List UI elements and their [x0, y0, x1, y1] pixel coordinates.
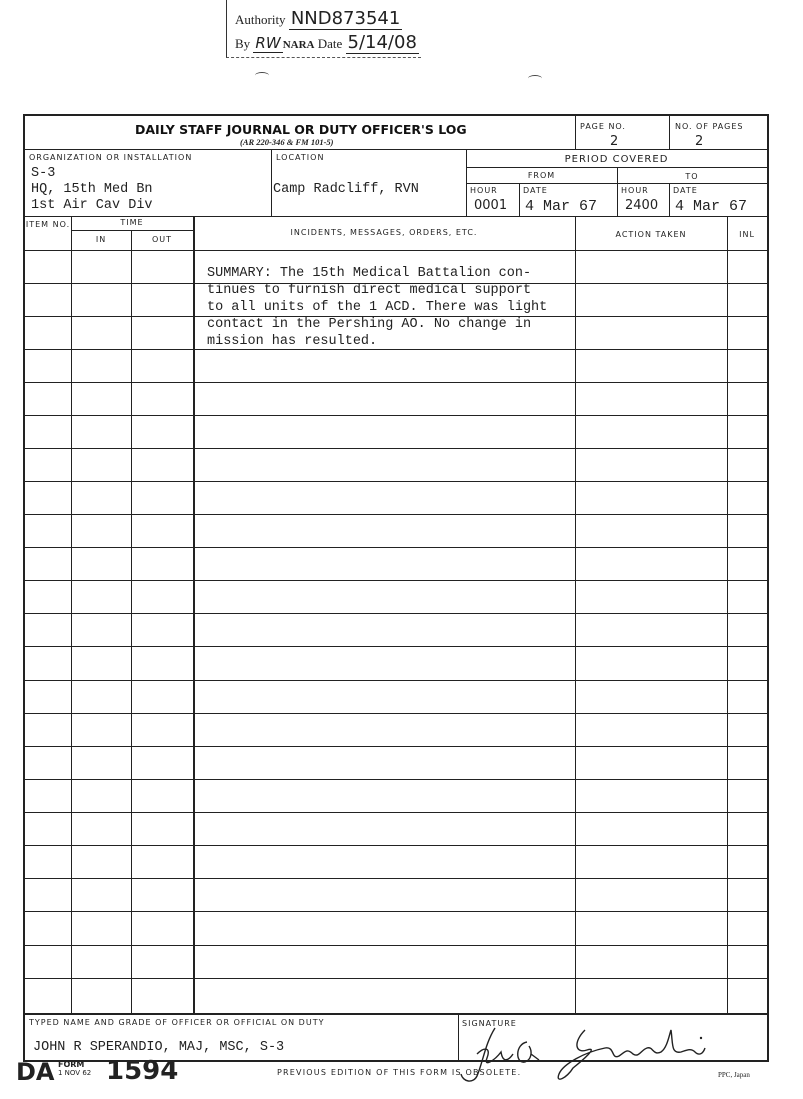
footer-form-number: 1594 [106, 1056, 178, 1086]
period-to-label: TO [617, 172, 767, 181]
by-initials: RW [253, 34, 282, 53]
to-date-label: DATE [673, 186, 698, 195]
column-inl: INL [727, 230, 767, 239]
stamp-date-value: 5/14/08 [346, 32, 419, 54]
column-time-out: OUT [131, 235, 193, 244]
agency-label: NARA [283, 39, 315, 51]
to-hour-label: HOUR [621, 186, 649, 195]
organization-line-2: HQ, 15th Med Bn [31, 182, 153, 197]
to-date-value: 4 Mar 67 [675, 198, 747, 215]
period-covered-label: PERIOD COVERED [466, 154, 767, 165]
footer-da: DA [16, 1058, 55, 1086]
entry-text-line: contact in the Pershing AO. No change in [207, 317, 531, 332]
location-label: LOCATION [276, 153, 324, 162]
footer-obsolete-note: PREVIOUS EDITION OF THIS FORM IS OBSOLET… [277, 1068, 521, 1077]
from-hour-value: 0001 [474, 198, 507, 213]
authority-value: NND873541 [289, 8, 403, 30]
column-incidents: INCIDENTS, MESSAGES, ORDERS, ETC. [193, 228, 575, 237]
organization-line-1: S-3 [31, 166, 55, 181]
authority-line: Authority NND873541 [235, 8, 402, 29]
from-date-value: 4 Mar 67 [525, 198, 597, 215]
by-label: By [235, 36, 250, 51]
column-time: TIME [71, 218, 193, 227]
authority-label: Authority [235, 12, 286, 27]
footer-form-date: 1 NOV 62 [58, 1069, 91, 1077]
period-from-label: FROM [466, 171, 617, 180]
column-time-in: IN [71, 235, 131, 244]
footer-form-block: FORM 1 NOV 62 [58, 1061, 91, 1077]
daily-staff-journal-form: DAILY STAFF JOURNAL OR DUTY OFFICER'S LO… [23, 114, 769, 1062]
page-no-label: PAGE NO. [580, 122, 626, 131]
location-value: Camp Radcliff, RVN [273, 182, 419, 197]
page-no-value: 2 [610, 134, 618, 149]
entry-text-line: SUMMARY: The 15th Medical Battalion con- [207, 266, 531, 281]
to-hour-value: 2400 [625, 198, 658, 213]
declassification-stamp: Authority NND873541 By RWNARA Date 5/14/… [226, 0, 421, 58]
no-of-pages-label: NO. OF PAGES [675, 122, 743, 131]
organization-label: ORGANIZATION OR INSTALLATION [29, 153, 192, 162]
no-of-pages-value: 2 [695, 134, 703, 149]
by-line: By RWNARA Date 5/14/08 [235, 32, 419, 53]
from-date-label: DATE [523, 186, 548, 195]
organization-line-3: 1st Air Cav Div [31, 198, 153, 213]
footer-form-word: FORM [58, 1061, 91, 1069]
entry-text-line: to all units of the 1 ACD. There was lig… [207, 300, 547, 315]
scan-mark [528, 75, 542, 82]
officer-name-value: JOHN R SPERANDIO, MAJ, MSC, S-3 [33, 1040, 284, 1055]
column-action-taken: ACTION TAKEN [575, 230, 727, 239]
scan-mark [255, 72, 269, 79]
officer-label: TYPED NAME AND GRADE OF OFFICER OR OFFIC… [29, 1018, 324, 1027]
column-item-no: ITEM NO. [25, 220, 71, 230]
form-subtitle: (AR 220-346 & FM 101-5) [240, 137, 334, 147]
form-title: DAILY STAFF JOURNAL OR DUTY OFFICER'S LO… [135, 122, 467, 137]
entry-text-line: tinues to furnish direct medical support [207, 283, 531, 298]
from-hour-label: HOUR [470, 186, 498, 195]
entry-text-line: mission has resulted. [207, 334, 377, 349]
footer-printer: PPC, Japan [718, 1071, 750, 1079]
date-label: Date [318, 36, 343, 51]
